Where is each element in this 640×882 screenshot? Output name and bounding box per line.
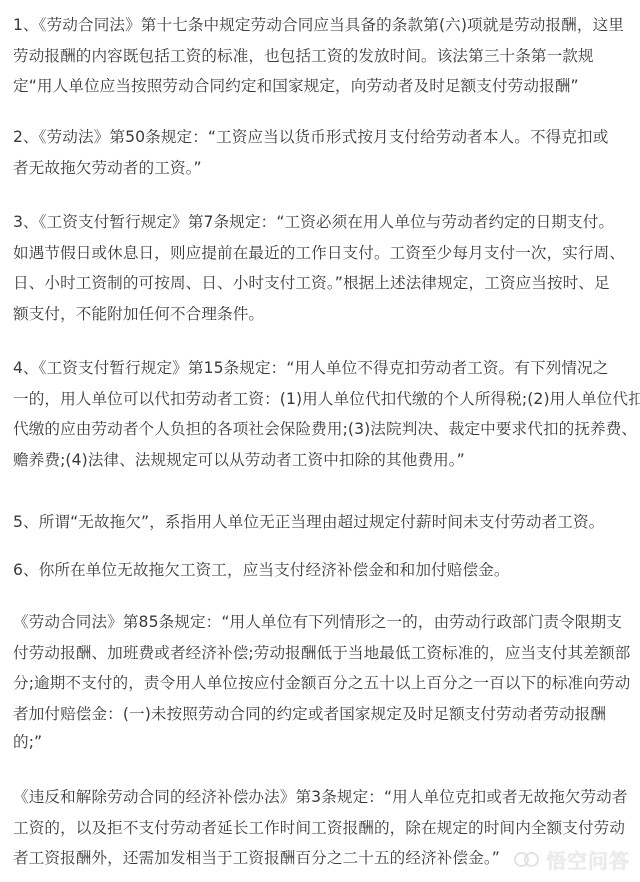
paragraph-line: 付劳动报酬、加班费或者经济补偿;劳动报酬低于当地最低工资标准的，应当支付其差额部 [13,638,633,669]
watermark: 悟空问答 [514,845,630,874]
paragraph-line: 者加付赔偿金：(一)未按照劳动合同的约定或者国家规定及时足额支付劳动者劳动报酬 [13,699,633,730]
paragraph-line: 日、小时工资制的可按周、日、小时支付工资。”根据上述法律规定，工资应当按时、足 [13,268,633,299]
paragraph-line: 5、所谓“无故拖欠”，系指用人单位无正当理由超过规定付薪时间未支付劳动者工资。 [13,507,633,538]
paragraph-line: 《违反和解除劳动合同的经济补偿办法》第3条规定：“用人单位克扣或者无故拖欠劳动者 [13,782,633,813]
paragraph-6: 6、你所在单位无故拖欠工资工，应当支付经济补偿金和和加付赔偿金。 [13,555,633,586]
paragraph-line: 1、《劳动合同法》第十七条中规定劳动合同应当具备的条款第(六)项就是劳动报酬，这… [13,10,633,41]
paragraph-line: 赡养费;(4)法律、法规规定可以从劳动者工资中扣除的其他费用。” [13,445,633,476]
paragraph-1: 1、《劳动合同法》第十七条中规定劳动合同应当具备的条款第(六)项就是劳动报酬，这… [13,10,633,102]
paragraph-line: 工资的，以及拒不支付劳动者延长工作时间工资报酬的，除在规定的时间内全额支付劳动 [13,813,633,844]
paragraph-line: 者无故拖欠劳动者的工资。” [13,153,633,184]
paragraph-line: 劳动报酬的内容既包括工资的标准，也包括工资的发放时间。该法第三十条第一款规 [13,41,633,72]
paragraph-2: 2、《劳动法》第50条规定：“工资应当以货币形式按月支付给劳动者本人。不得克扣或… [13,122,633,183]
wukong-logo-icon [514,852,540,868]
paragraph-3: 3、《工资支付暂行规定》第7条规定：“工资必须在用人单位与劳动者约定的日期支付。… [13,207,633,329]
paragraph-line: 的;” [13,729,633,755]
paragraph-line: 3、《工资支付暂行规定》第7条规定：“工资必须在用人单位与劳动者约定的日期支付。 [13,207,633,238]
paragraph-line: 6、你所在单位无故拖欠工资工，应当支付经济补偿金和和加付赔偿金。 [13,555,633,586]
paragraph-4: 4、《工资支付暂行规定》第15条规定：“用人单位不得克扣劳动者工资。有下列情况之… [13,353,633,475]
paragraph-line: 如遇节假日或休息日，则应提前在最近的工作日支付。工资至少每月支付一次，实行周、 [13,238,633,269]
paragraph-7: 《劳动合同法》第85条规定：“用人单位有下列情形之一的，由劳动行政部门责令限期支… [13,607,633,755]
paragraph-line: 定“用人单位应当按照劳动合同约定和国家规定，向劳动者及时足额支付劳动报酬” [13,71,633,102]
paragraph-line: 分;逾期不支付的，责令用人单位按应付金额百分之五十以上百分之一百以下的标准向劳动 [13,668,633,699]
paragraph-line: 代缴的应由劳动者个人负担的各项社会保险费用;(3)法院判决、裁定中要求代扣的抚养… [13,414,633,445]
paragraph-line: 《劳动合同法》第85条规定：“用人单位有下列情形之一的，由劳动行政部门责令限期支 [13,607,633,638]
paragraph-line: 额支付，不能附加任何不合理条件。 [13,299,633,330]
paragraph-line: 4、《工资支付暂行规定》第15条规定：“用人单位不得克扣劳动者工资。有下列情况之 [13,353,633,384]
paragraph-line: 2、《劳动法》第50条规定：“工资应当以货币形式按月支付给劳动者本人。不得克扣或 [13,122,633,153]
paragraph-line: 一的，用人单位可以代扣劳动者工资：(1)用人单位代扣代缴的个人所得税;(2)用人… [13,384,633,415]
watermark-text: 悟空问答 [546,845,630,874]
paragraph-5: 5、所谓“无故拖欠”，系指用人单位无正当理由超过规定付薪时间未支付劳动者工资。 [13,507,633,538]
